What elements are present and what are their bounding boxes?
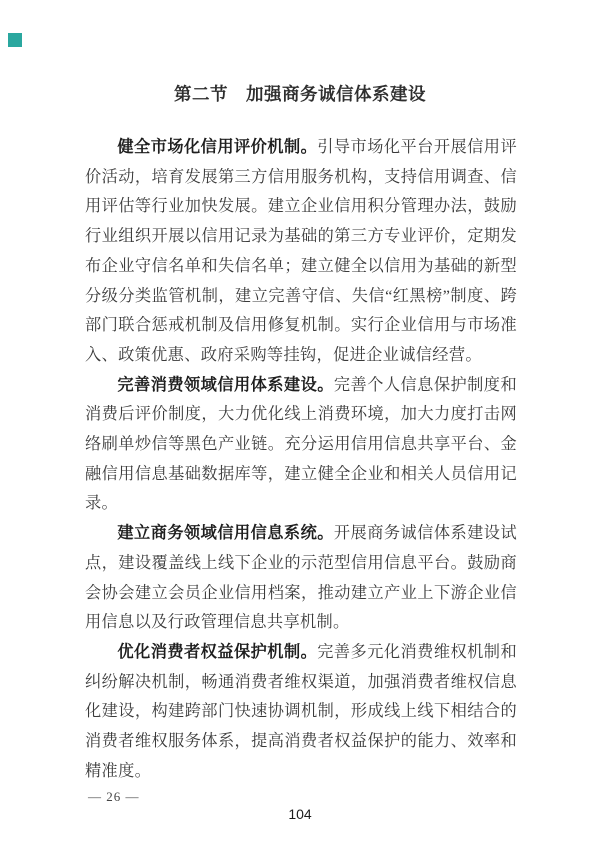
teal-corner-marker bbox=[8, 33, 22, 47]
section-title: 第二节 加强商务诚信体系建设 bbox=[0, 81, 600, 106]
paragraph-lead: 建立商务领域信用信息系统。 bbox=[117, 524, 334, 542]
page-number: 104 bbox=[0, 806, 600, 822]
paragraph-lead: 完善消费领域信用体系建设。 bbox=[117, 376, 334, 394]
folio-number: — 26 — bbox=[88, 789, 140, 805]
document-page: 第二节 加强商务诚信体系建设 健全市场化信用评价机制。引导市场化平台开展信用评价… bbox=[0, 0, 600, 848]
paragraph: 建立商务领域信用信息系统。开展商务诚信体系建设试点，建设覆盖线上线下企业的示范型… bbox=[85, 519, 517, 638]
paragraph: 完善消费领域信用体系建设。完善个人信息保护制度和消费后评价制度，大力优化线上消费… bbox=[85, 371, 517, 520]
paragraph-lead: 健全市场化信用评价机制。 bbox=[117, 138, 317, 156]
paragraph-text: 完善个人信息保护制度和消费后评价制度，大力优化线上消费环境，加大力度打击网络刷单… bbox=[85, 376, 517, 513]
paragraph: 优化消费者权益保护机制。完善多元化消费维权机制和纠纷解决机制，畅通消费者维权渠道… bbox=[85, 638, 517, 787]
paragraph: 健全市场化信用评价机制。引导市场化平台开展信用评价活动，培育发展第三方信用服务机… bbox=[85, 133, 517, 371]
paragraph-lead: 优化消费者权益保护机制。 bbox=[117, 643, 317, 661]
paragraph-text: 引导市场化平台开展信用评价活动，培育发展第三方信用服务机构，支持信用调查、信用评… bbox=[85, 138, 517, 364]
document-body: 健全市场化信用评价机制。引导市场化平台开展信用评价活动，培育发展第三方信用服务机… bbox=[85, 133, 517, 786]
paragraph-text: 完善多元化消费维权机制和纠纷解决机制，畅通消费者维权渠道，加强消费者维权信息化建… bbox=[85, 643, 517, 780]
